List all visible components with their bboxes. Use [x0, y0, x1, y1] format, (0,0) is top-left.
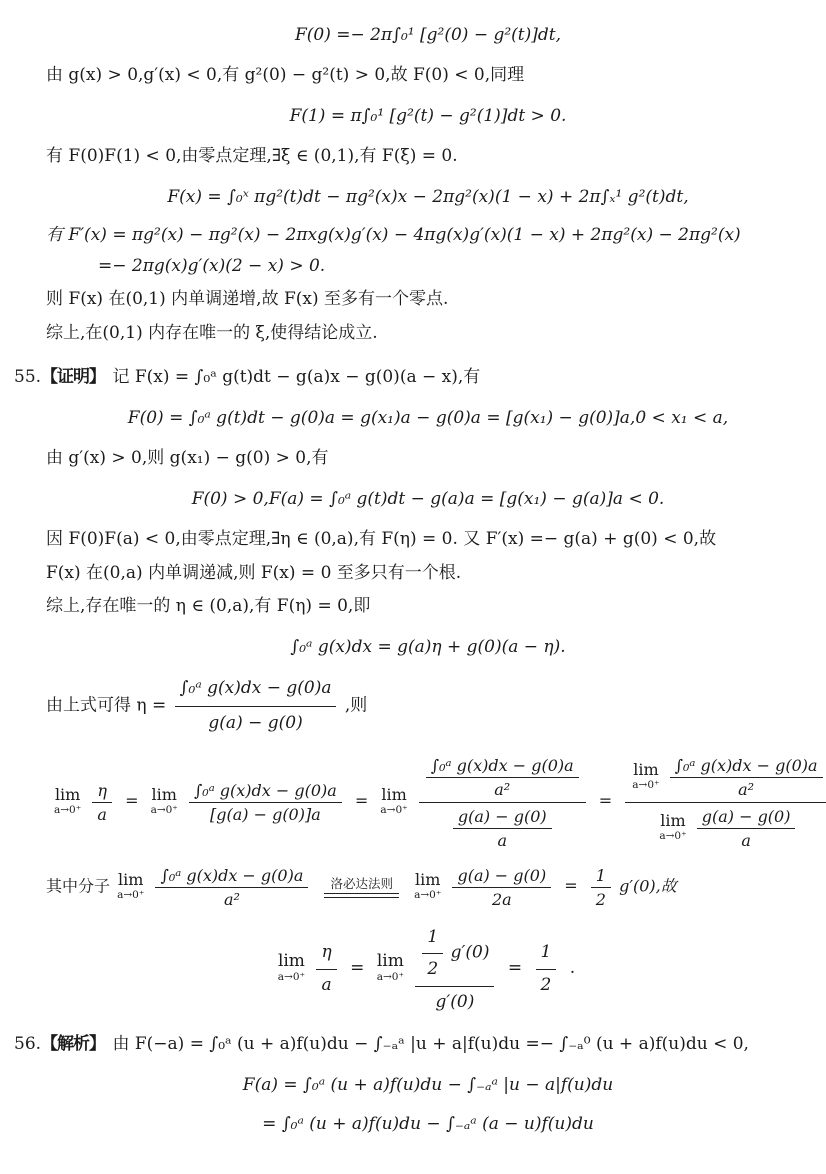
fraction-denominator: 2 — [536, 970, 557, 999]
lim-word: lim — [278, 953, 305, 971]
limit-operator: lim a→0⁺ — [54, 787, 81, 817]
equation-fa-56: F(a) = ∫₀ᵃ (u + a)f(u)du − ∫₋ₐᵃ |u − a|f… — [46, 1072, 810, 1099]
inner-fraction: 1 2 — [422, 923, 443, 983]
lim-subscript: a→0⁺ — [414, 889, 441, 902]
fraction-integral-over-bracket: ∫₀ᵃ g(x)dx − g(0)a [g(a) − g(0)]a — [189, 780, 342, 824]
double-line — [324, 893, 399, 898]
fraction-denominator: g′(0) — [415, 987, 494, 1016]
fraction-numerator: ∫₀ᵃ g(x)dx − g(0)a — [175, 673, 337, 707]
equation-f0-fa: F(0) > 0,F(a) = ∫₀ᵃ g(t)dt − g(a)a = [g(… — [46, 486, 810, 513]
problem-number: 56. — [14, 1034, 41, 1054]
inner-fraction: ∫₀ᵃ g(x)dx − g(0)a a² — [670, 755, 823, 799]
lim-word: lim — [117, 872, 144, 889]
fraction-numerator: g(a) − g(0) — [453, 806, 552, 829]
fraction-derivative-ratio: g(a) − g(0) 2a — [452, 865, 551, 909]
proof-tag: 【证明】 — [41, 367, 105, 387]
fraction-denominator: 2a — [452, 888, 551, 909]
fraction-denominator: a — [453, 829, 552, 850]
problem-56: 56.【解析】 由 F(−a) = ∫₀ᵃ (u + a)f(u)du − ∫₋… — [14, 1030, 810, 1060]
fraction-half-gprime: 1 2 g′(0) g′(0) — [415, 921, 494, 1017]
equation-f1: F(1) = π∫₀¹ [g²(t) − g²(1)]dt > 0. — [46, 103, 810, 130]
inner-fraction: ∫₀ᵃ g(x)dx − g(0)a a² — [426, 755, 579, 799]
equals-sign: = — [125, 791, 138, 810]
analysis-tag: 【解析】 — [41, 1034, 105, 1054]
equation-text: F(0) > 0,F(a) = ∫₀ᵃ g(t)dt − g(a)a = [g(… — [192, 489, 665, 509]
fraction-denominator: g(a) − g(0) — [175, 707, 337, 739]
limit-operator: lim a→0⁺ — [659, 813, 686, 843]
equation-text: =− 2πg(x)g′(x)(2 − x) > 0. — [98, 256, 325, 276]
fraction-limits-ratio: lim a→0⁺ ∫₀ᵃ g(x)dx − g(0)a a² lim a→0⁺ … — [625, 753, 826, 851]
fraction-numerator: ∫₀ᵃ g(x)dx − g(0)a — [426, 755, 579, 778]
equation-text: ∫₀ᵃ g(x)dx = g(a)η + g(0)(a − η). — [290, 637, 565, 657]
limit-operator: lim a→0⁺ — [117, 872, 144, 902]
paragraph-text: F(x) 在(0,a) 内单调递减,则 F(x) = 0 至多只有一个根. — [46, 563, 461, 583]
fraction-numerator: g(a) − g(0) — [697, 806, 796, 829]
fraction-numerator: ∫₀ᵃ g(x)dx − g(0)a — [189, 780, 342, 803]
equals-sign: = — [508, 958, 522, 978]
equation-text: F(x) = ∫₀ˣ πg²(t)dt − πg²(x)x − 2πg²(x)(… — [167, 187, 688, 207]
paragraph-text: 由 g(x) > 0,g′(x) < 0,有 g²(0) − g²(t) > 0… — [46, 65, 524, 85]
fraction-denominator: a — [697, 829, 796, 850]
lhopital-rule-label: 洛必达法则 — [324, 876, 399, 893]
fraction-nested: ∫₀ᵃ g(x)dx − g(0)a a² g(a) − g(0) a — [419, 753, 586, 851]
math-solutions-page: F(0) =− 2π∫₀¹ [g²(0) − g²(t)]dt, 由 g(x) … — [0, 0, 826, 1138]
equation-integral-eta: ∫₀ᵃ g(x)dx = g(a)η + g(0)(a − η). — [46, 634, 810, 661]
lim-subscript: a→0⁺ — [380, 804, 407, 817]
problem-number: 55. — [14, 367, 41, 387]
fraction-eta: ∫₀ᵃ g(x)dx − g(0)a g(a) − g(0) — [175, 673, 337, 739]
fraction-eta-over-a: η a — [316, 938, 336, 998]
fraction-denominator: 2 — [422, 954, 443, 983]
fraction-numerator: 1 — [591, 865, 611, 888]
paragraph-text: ,则 — [345, 696, 367, 716]
equation-text: F(a) = ∫₀ᵃ (u + a)f(u)du − ∫₋ₐᵃ |u − a|f… — [243, 1075, 613, 1095]
paragraph-fprime-result: =− 2πg(x)g′(x)(2 − x) > 0. — [98, 252, 810, 282]
lim-subscript: a→0⁺ — [377, 971, 404, 984]
paragraph-text: 有 F(0)F(1) < 0,由零点定理,∃ξ ∈ (0,1),有 F(ξ) =… — [46, 146, 458, 166]
paragraph-zero-theorem-55: 因 F(0)F(a) < 0,由零点定理,∃η ∈ (0,a),有 F(η) =… — [46, 525, 810, 555]
fraction-denominator: g(a) − g(0) a — [419, 803, 586, 851]
paragraph-text: 由 g′(x) > 0,则 g(x₁) − g(0) > 0,有 — [46, 448, 329, 468]
fraction-numerator: η — [92, 780, 112, 803]
fraction-numerator: ∫₀ᵃ g(x)dx − g(0)a — [155, 865, 308, 888]
fraction-denominator: a² — [670, 778, 823, 799]
fraction-denominator: 2 — [591, 888, 611, 909]
equation-text: g′(0) — [451, 942, 490, 962]
lim-subscript: a→0⁺ — [117, 889, 144, 902]
problem-55: 55.【证明】 记 F(x) = ∫₀ᵃ g(t)dt − g(a)x − g(… — [14, 363, 810, 393]
equals-sign: = — [564, 876, 577, 895]
lim-word: lim — [659, 813, 686, 830]
limit-operator: lim a→0⁺ — [632, 762, 659, 792]
paragraph-text: 记 F(x) = ∫₀ᵃ g(t)dt − g(a)x − g(0)(a − x… — [112, 367, 480, 387]
fraction-numerator: lim a→0⁺ ∫₀ᵃ g(x)dx − g(0)a a² — [625, 753, 826, 803]
equation-fa-56-continued: = ∫₀ᵃ (u + a)f(u)du − ∫₋ₐᵃ (a − u)f(u)du — [46, 1111, 810, 1138]
fraction-numerator: 1 — [422, 923, 443, 954]
fraction-numerator: ∫₀ᵃ g(x)dx − g(0)a — [670, 755, 823, 778]
fraction-one-half: 1 2 — [536, 938, 557, 998]
lim-word: lim — [151, 787, 178, 804]
limit-operator: lim a→0⁺ — [377, 953, 404, 984]
fraction-numerator: g(a) − g(0) — [452, 865, 551, 888]
fraction-one-half: 1 2 — [591, 865, 611, 909]
equation-text: 有 F′(x) = πg²(x) − πg²(x) − 2πxg(x)g′(x)… — [46, 225, 741, 245]
lim-subscript: a→0⁺ — [54, 804, 81, 817]
fraction-numerator-term: ∫₀ᵃ g(x)dx − g(0)a a² — [155, 865, 308, 909]
lhopital-equals: 洛必达法则 — [324, 876, 399, 898]
equation-text: g′(0),故 — [619, 876, 677, 895]
paragraph-zero-theorem-54: 有 F(0)F(1) < 0,由零点定理,∃ξ ∈ (0,1),有 F(ξ) =… — [46, 142, 810, 172]
paragraph-fprime: 有 F′(x) = πg²(x) − πg²(x) − 2πxg(x)g′(x)… — [46, 223, 810, 248]
inner-fraction: g(a) − g(0) a — [697, 806, 796, 850]
fraction-denominator: a — [316, 970, 336, 999]
fraction-numerator: 1 — [536, 938, 557, 969]
paragraph-gprime-positive: 由 g′(x) > 0,则 g(x₁) − g(0) > 0,有 — [46, 444, 810, 474]
lim-word: lim — [380, 787, 407, 804]
equation-text: F(0) = ∫₀ᵃ g(t)dt − g(0)a = g(x₁)a − g(0… — [128, 408, 728, 428]
paragraph-monotone-decrease: F(x) 在(0,a) 内单调递减,则 F(x) = 0 至多只有一个根. — [46, 559, 810, 589]
paragraph-conclusion-54: 综上,在(0,1) 内存在唯一的 ξ,使得结论成立. — [46, 319, 810, 349]
fraction-numerator: 1 2 g′(0) — [415, 921, 494, 987]
paragraph-unique-eta: 综上,存在唯一的 η ∈ (0,a),有 F(η) = 0,即 — [46, 592, 810, 622]
fraction-denominator: a² — [155, 888, 308, 909]
paragraph-text: 则 F(x) 在(0,1) 内单调递增,故 F(x) 至多有一个零点. — [46, 289, 448, 309]
lim-subscript: a→0⁺ — [632, 779, 659, 792]
fraction-numerator: ∫₀ᵃ g(x)dx − g(0)a a² — [419, 753, 586, 803]
lim-subscript: a→0⁺ — [151, 804, 178, 817]
paragraph-text: 因 F(0)F(a) < 0,由零点定理,∃η ∈ (0,a),有 F(η) =… — [46, 529, 716, 549]
paragraph-text: 由 F(−a) = ∫₀ᵃ (u + a)f(u)du − ∫₋ₐᵃ |u + … — [112, 1034, 749, 1054]
equation-final-limit: lim a→0⁺ η a = lim a→0⁺ 1 2 g′(0) g′(0) … — [46, 921, 810, 1017]
fraction-denominator: a — [92, 803, 112, 824]
equation-text: F(0) =− 2π∫₀¹ [g²(0) − g²(t)]dt, — [295, 25, 561, 45]
fraction-denominator: [g(a) − g(0)]a — [189, 803, 342, 824]
paragraph-eta-fraction: 由上式可得 η = ∫₀ᵃ g(x)dx − g(0)a g(a) − g(0)… — [46, 673, 810, 739]
limit-operator: lim a→0⁺ — [278, 953, 305, 984]
paragraph-g-monotone: 由 g(x) > 0,g′(x) < 0,有 g²(0) − g²(t) > 0… — [46, 61, 810, 91]
fraction-eta-over-a: η a — [92, 780, 112, 824]
equation-text: F(1) = π∫₀¹ [g²(t) − g²(1)]dt > 0. — [290, 106, 567, 126]
paragraph-monotone-increase: 则 F(x) 在(0,1) 内单调递增,故 F(x) 至多有一个零点. — [46, 285, 810, 315]
equation-f0: F(0) =− 2π∫₀¹ [g²(0) − g²(t)]dt, — [46, 22, 810, 49]
equals-sign: = — [350, 958, 364, 978]
limit-operator: lim a→0⁺ — [414, 872, 441, 902]
limit-operator: lim a→0⁺ — [151, 787, 178, 817]
fraction-denominator: a² — [426, 778, 579, 799]
paragraph-text: 综上,在(0,1) 内存在唯一的 ξ,使得结论成立. — [46, 323, 378, 343]
lim-subscript: a→0⁺ — [278, 971, 305, 984]
equation-limit-chain: lim a→0⁺ η a = lim a→0⁺ ∫₀ᵃ g(x)dx − g(0… — [52, 753, 810, 851]
lim-word: lim — [377, 953, 404, 971]
equation-fx-expanded: F(x) = ∫₀ˣ πg²(t)dt − πg²(x)x − 2πg²(x)(… — [46, 184, 810, 211]
lim-word: lim — [632, 762, 659, 779]
lim-subscript: a→0⁺ — [659, 830, 686, 843]
equation-f0-55: F(0) = ∫₀ᵃ g(t)dt − g(0)a = g(x₁)a − g(0… — [46, 405, 810, 432]
lim-word: lim — [54, 787, 81, 804]
inner-fraction: g(a) − g(0) a — [453, 806, 552, 850]
fraction-denominator: lim a→0⁺ g(a) − g(0) a — [625, 803, 826, 851]
equation-text: = ∫₀ᵃ (u + a)f(u)du − ∫₋ₐᵃ (a − u)f(u)du — [262, 1114, 594, 1134]
equals-sign: = — [355, 791, 368, 810]
paragraph-text: 综上,存在唯一的 η ∈ (0,a),有 F(η) = 0,即 — [46, 596, 370, 616]
period: . — [570, 958, 575, 978]
fraction-numerator: η — [316, 938, 336, 969]
limit-operator: lim a→0⁺ — [380, 787, 407, 817]
paragraph-text: 其中分子 — [46, 876, 110, 895]
equals-sign: = — [599, 791, 612, 810]
lim-word: lim — [414, 872, 441, 889]
equation-lhopital-line: 其中分子 lim a→0⁺ ∫₀ᵃ g(x)dx − g(0)a a² 洛必达法… — [46, 865, 810, 909]
paragraph-text: 由上式可得 η = — [46, 696, 166, 716]
